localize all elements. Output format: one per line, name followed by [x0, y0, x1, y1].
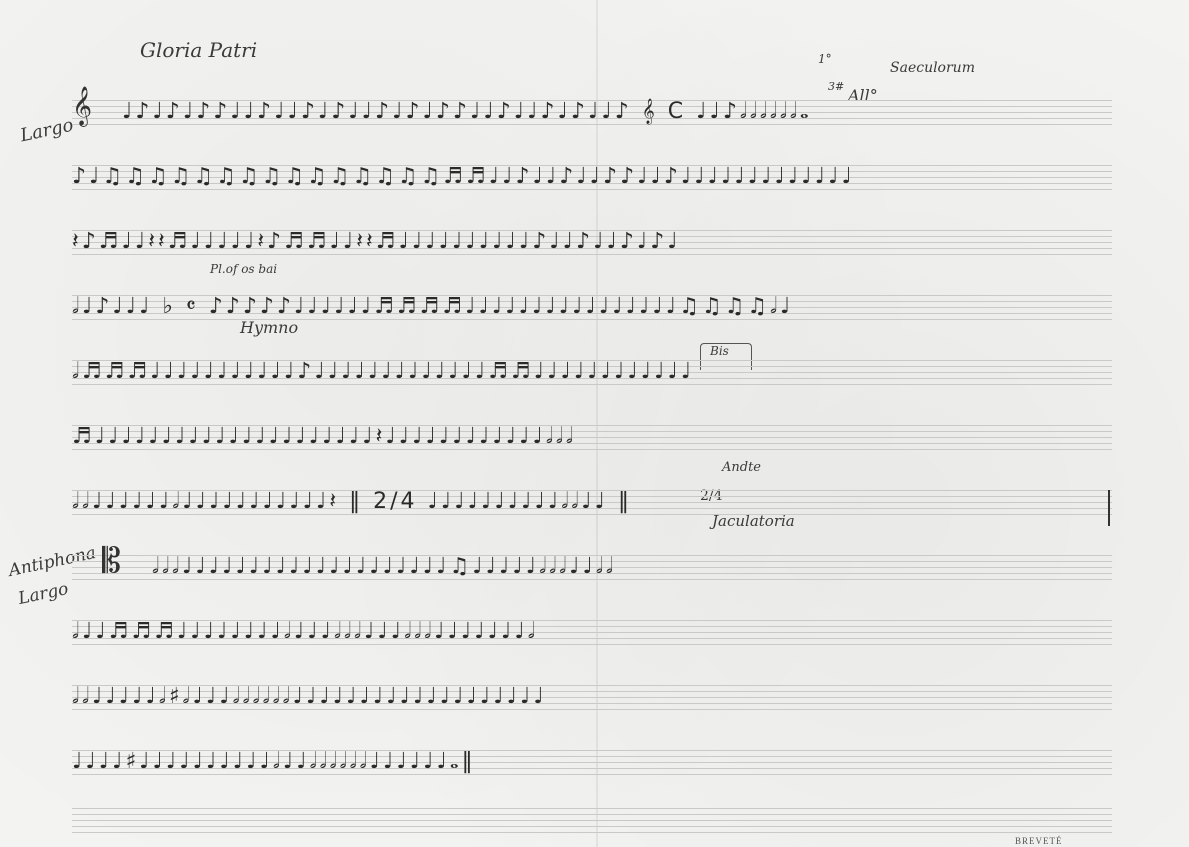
staff-5: 𝅗𝅥♬♬♬♩♩♩♩♩♩♩♩♩♩♩♪♩♩♩♩♩♩♩♩♩♩♩♩♩♬♬♩♩♩♩♩♩♩♩… [72, 360, 1112, 384]
staff-8: 𝄡 𝅗𝅥𝅗𝅥𝅗𝅥♩♩♩♩♩♩♩♩♩♩♩♩♩♩♩♩♩♩♩♩♫♩♩♩♩♩𝅗𝅥𝅗𝅥𝅗𝅥… [72, 555, 1112, 579]
brevete-stamp: BREVETÉ [1015, 836, 1063, 846]
staff-notes: 𝄽♪♬♩♩𝄽𝄽♬♩♩♩♩♩𝄽♪♬♬♩♩𝄽𝄽♬♩♩♩♩♩♩♩♩♩♩♪♩♩♪♩♩♪♩… [72, 220, 1112, 264]
manuscript-page: Gloria Patri Largo 1° 3# All° Saeculorum… [0, 0, 1189, 847]
clef-icon: 𝄡 [102, 541, 121, 581]
staff-1: 𝄞 ♩♪♩♪♩♪♪♩♩♪♩♩♪♩♪♩♩♪♩♪♩♪♪♩♩♪♩♩♪♩♪♩♩♪ 𝄞 C… [72, 100, 1112, 124]
staff-3: 𝄽♪♬♩♩𝄽𝄽♬♩♩♩♩♩𝄽♪♬♬♩♩𝄽𝄽♬♩♩♩♩♩♩♩♩♩♩♪♩♩♪♩♩♪♩… [72, 230, 1112, 254]
staff-10: 𝅗𝅥𝅗𝅥♩♩♩♩♩𝅗𝅥♯𝅗𝅥♩♩♩𝅗𝅥𝅗𝅥𝅗𝅥𝅗𝅥𝅗𝅥𝅗𝅥♩♩♩♩♩♩♩♩♩♩♩… [72, 685, 1112, 709]
staff-notes: 𝅗𝅥♩♩♬♬♬♩♩♩♩♩♩♩♩𝅗𝅥♩♩♩𝅗𝅥𝅗𝅥𝅗𝅥♩♩♩𝅗𝅥𝅗𝅥𝅗𝅥♩♩♩♩♩… [72, 610, 1112, 654]
staff-6: ♬♩♩♩♩♩♩♩♩♩♩♩♩♩♩♩♩♩♩♩♩♩𝄽♩♩♩♩♩♩♩♩♩♩♩♩𝅗𝅥𝅗𝅥𝅗… [72, 425, 1112, 449]
staff-notes: ♩♪♩♪♩♪♪♩♩♪♩♩♪♩♪♩♩♪♩♪♩♪♪♩♩♪♩♩♪♩♪♩♩♪ 𝄞 C ♩… [122, 90, 1112, 134]
tempo-largo-2: Largo [16, 579, 70, 609]
staff-notes: 𝅗𝅥𝅗𝅥♩♩♩♩♩♩𝅗𝅥♩♩♩♩♩♩♩♩♩♩♩𝄽 ‖ 2/4 ♩♩♩♩♩♩♩♩♩… [72, 480, 1112, 524]
final-barline [1108, 490, 1110, 526]
first-ending-mark: 1° [818, 52, 832, 66]
staff-notes: ♩♩♩♩♯♩♩♩♩♩♩♩♩♩♩𝅗𝅥♩♩𝅗𝅥𝅗𝅥𝅗𝅥𝅗𝅥𝅗𝅥𝅗𝅥♩♩♩♩♩♩𝅝‖ [72, 740, 912, 784]
hymno-note: Pl.of os bai [210, 262, 277, 276]
staff-notes: 𝅗𝅥♬♬♬♩♩♩♩♩♩♩♩♩♩♩♪♩♩♩♩♩♩♩♩♩♩♩♩♩♬♬♩♩♩♩♩♩♩♩… [72, 350, 1112, 394]
staff-notes: 𝅗𝅥𝅗𝅥𝅗𝅥♩♩♩♩♩♩♩♩♩♩♩♩♩♩♩♩♩♩♩♩♫♩♩♩♩♩𝅗𝅥𝅗𝅥𝅗𝅥♩♩… [152, 545, 1112, 589]
staff-notes: ♪♩♫♫♫♫♫♫♫♫♫♫♫♫♫♫♫♬♬♩♩♪♩♩♪♩♩♪♪♩♩♪♩♩♩♩♩♩♩♩… [72, 155, 1112, 199]
staff-11: ♩♩♩♩♯♩♩♩♩♩♩♩♩♩♩𝅗𝅥♩♩𝅗𝅥𝅗𝅥𝅗𝅥𝅗𝅥𝅗𝅥𝅗𝅥♩♩♩♩♩♩𝅝‖ [72, 750, 1112, 774]
staff-9: 𝅗𝅥♩♩♬♬♬♩♩♩♩♩♩♩♩𝅗𝅥♩♩♩𝅗𝅥𝅗𝅥𝅗𝅥♩♩♩𝅗𝅥𝅗𝅥𝅗𝅥♩♩♩♩♩… [72, 620, 1112, 644]
saeculorum-text: Saeculorum [890, 60, 975, 76]
tempo-largo-1: Largo [18, 115, 75, 147]
staff-notes: 𝅗𝅥♩♪♩♩♩ ♭ 𝄴 ♪♪♪♪♪♩♩♩♩♩♩♬♬♬♬♩♩♩♩♩♩♩♩♩♩♩♩♩… [72, 285, 1112, 329]
staff-12-empty [72, 808, 1112, 832]
title-gloria-patri: Gloria Patri [140, 38, 257, 62]
staff-notes: 𝅗𝅥𝅗𝅥♩♩♩♩♩𝅗𝅥♯𝅗𝅥♩♩♩𝅗𝅥𝅗𝅥𝅗𝅥𝅗𝅥𝅗𝅥𝅗𝅥♩♩♩♩♩♩♩♩♩♩♩… [72, 675, 1112, 719]
staff-7: 𝅗𝅥𝅗𝅥♩♩♩♩♩♩𝅗𝅥♩♩♩♩♩♩♩♩♩♩♩𝄽 ‖ 2/4 ♩♩♩♩♩♩♩♩♩… [72, 490, 1112, 514]
staff-4: 𝅗𝅥♩♪♩♩♩ ♭ 𝄴 ♪♪♪♪♪♩♩♩♩♩♩♬♬♬♬♩♩♩♩♩♩♩♩♩♩♩♩♩… [72, 295, 1112, 319]
staff-notes: ♬♩♩♩♩♩♩♩♩♩♩♩♩♩♩♩♩♩♩♩♩♩𝄽♩♩♩♩♩♩♩♩♩♩♩♩𝅗𝅥𝅗𝅥𝅗… [72, 415, 1112, 459]
clef-icon: 𝄞 [72, 86, 92, 126]
staff-2: ♪♩♫♫♫♫♫♫♫♫♫♫♫♫♫♫♫♬♬♩♩♪♩♩♪♩♩♪♪♩♩♪♩♩♩♩♩♩♩♩… [72, 165, 1112, 189]
andante-mark: Andte [722, 460, 761, 475]
